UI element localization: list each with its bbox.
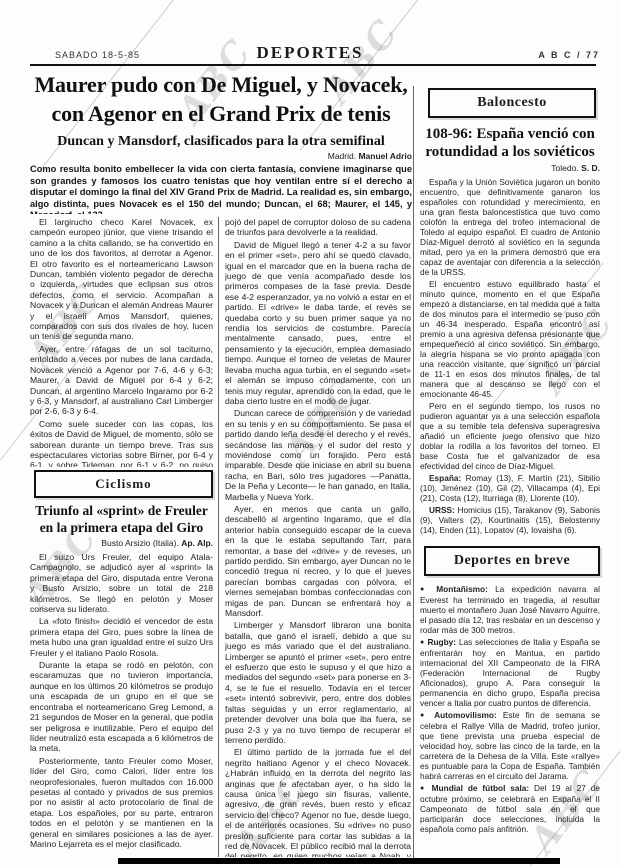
tennis-column-1: El largirucho checo Karel Novacek, ex ca… — [30, 217, 213, 467]
news-brief-item: ● Automovilismo: Este fin de semana se c… — [420, 710, 600, 781]
tennis-byline-location: Madrid. — [328, 151, 356, 161]
news-brief-item: ● Rugby: Las selecciones de Italia y Esp… — [420, 637, 600, 708]
paragraph: Duncan carece de comprensión y de varied… — [225, 408, 411, 502]
brief-label: Automovilismo: — [434, 710, 497, 720]
ciclismo-column: El suizo Urs Freuler, del equipo Atala-C… — [30, 552, 213, 854]
news-brief-item: ● Mundial de fútbol sala: Del 19 al 27 d… — [420, 783, 600, 834]
page-bottom-bar — [118, 858, 560, 864]
header-page-ref: A B C / 77 — [520, 50, 600, 60]
tennis-byline-author: Manuel Adrio — [358, 151, 412, 161]
tennis-lead-paragraph: Como resulta bonito embellecer la vida c… — [30, 164, 412, 214]
paragraph: Posteriormente, tanto Freuler como Moser… — [30, 756, 213, 850]
team-name: URSS: — [429, 505, 455, 515]
baloncesto-headline-line2: rotundidad a los soviéticos — [418, 144, 602, 161]
baloncesto-section-header: Baloncesto — [428, 88, 596, 118]
column-divider — [218, 217, 219, 857]
breves-section-label: Deportes en breve — [454, 553, 570, 569]
paragraph: Ayer, entre ráfagas de un sol taciturno,… — [30, 344, 213, 417]
ciclismo-section-header: Ciclismo — [34, 470, 213, 498]
paragraph: España y la Unión Soviética jugaron un b… — [420, 177, 600, 277]
brief-label: Montañismo: — [436, 584, 488, 594]
baloncesto-headline-line1: 108-96: España venció con — [418, 126, 602, 143]
tennis-column-2: pojó del papel de corruptor doloso de su… — [225, 217, 411, 857]
breves-column: ● Montañismo: La expedición navarra al E… — [420, 584, 600, 858]
news-brief-item: ● Montañismo: La expedición navarra al E… — [420, 584, 600, 635]
brief-label: Rugby: — [427, 637, 456, 647]
header-section-title: DEPORTES — [230, 43, 390, 63]
baloncesto-byline: Toledo. S. D. — [420, 163, 600, 173]
tennis-headline-line2: con Agenor en el Grand Prix de tenis — [28, 101, 414, 127]
baloncesto-byline-author: S. D. — [581, 163, 600, 173]
paragraph: Limberger y Mansdorf libraron una bonita… — [225, 620, 411, 745]
paragraph: La «foto finish» decidió el vencedor de … — [30, 616, 213, 658]
brief-label: Mundial de fútbol sala: — [432, 783, 530, 793]
paragraph: Durante la etapa se rodó en pelotón, con… — [30, 660, 213, 754]
breves-section-header: Deportes en breve — [424, 546, 600, 576]
paragraph: Ayer, en menos que canta un gallo, desca… — [225, 504, 411, 618]
bullet-icon: ● — [420, 785, 427, 792]
header-date: SABADO 18-5-85 — [55, 50, 140, 60]
paragraph: El suizo Urs Freuler, del equipo Atala-C… — [30, 552, 213, 614]
bullet-icon: ● — [420, 712, 428, 719]
baloncesto-section-label: Baloncesto — [477, 95, 547, 111]
brief-text: Las selecciones de Italia y España se en… — [420, 637, 600, 708]
ciclismo-headline-line1: Triunfo al «sprint» de Freuler — [28, 503, 215, 519]
ciclismo-byline: Busto Arsizio (Italia). Ap. Alp. — [30, 538, 213, 548]
team-stats-line: URSS: Homicius (15), Tarakanov (9), Sabo… — [420, 505, 600, 535]
ciclismo-section-label: Ciclismo — [95, 476, 151, 492]
team-stats-line: España: Romay (13), F. Martín (21), Sibi… — [420, 473, 600, 503]
paragraph: El último partido de la jornada fue el d… — [225, 747, 411, 857]
paragraph: pojó del papel de corruptor doloso de su… — [225, 217, 411, 238]
paragraph: El largirucho checo Karel Novacek, ex ca… — [30, 217, 213, 342]
newspaper-page: ABC ABC ABC ABC ABC ABC ABC ABC SABADO 1… — [0, 0, 620, 866]
header-rule — [30, 64, 596, 66]
paragraph: Pero en el segundo tiempo, los rusos no … — [420, 401, 600, 471]
baloncesto-byline-location: Toledo. — [551, 163, 578, 173]
bullet-icon: ● — [420, 586, 429, 593]
tennis-subheadline: Duncan y Mansdorf, clasificados para la … — [28, 134, 414, 150]
tennis-headline-line1: Maurer pudo con De Miguel, y Novacek, — [28, 72, 414, 98]
bullet-icon: ● — [420, 639, 425, 646]
ciclismo-headline-line2: en la primera etapa del Giro — [28, 520, 215, 536]
paragraph: El encuentro estuvo equilibrado hasta el… — [420, 279, 600, 399]
paragraph: David de Miguel llegó a tener 4-2 a su f… — [225, 240, 411, 407]
paragraph: Como suele suceder con las copas, los éx… — [30, 419, 213, 467]
team-name: España: — [429, 473, 461, 483]
baloncesto-column: España y la Unión Soviética jugaron un b… — [420, 177, 600, 537]
ciclismo-byline-location: Busto Arsizio (Italia). — [101, 538, 178, 548]
ciclismo-byline-agency: Ap. Alp. — [181, 538, 213, 548]
tennis-byline: Madrid. Manuel Adrio — [30, 151, 412, 161]
sidebar-divider — [413, 86, 414, 858]
brief-text: Este fin de semana se celebra el Rallye … — [420, 710, 600, 781]
